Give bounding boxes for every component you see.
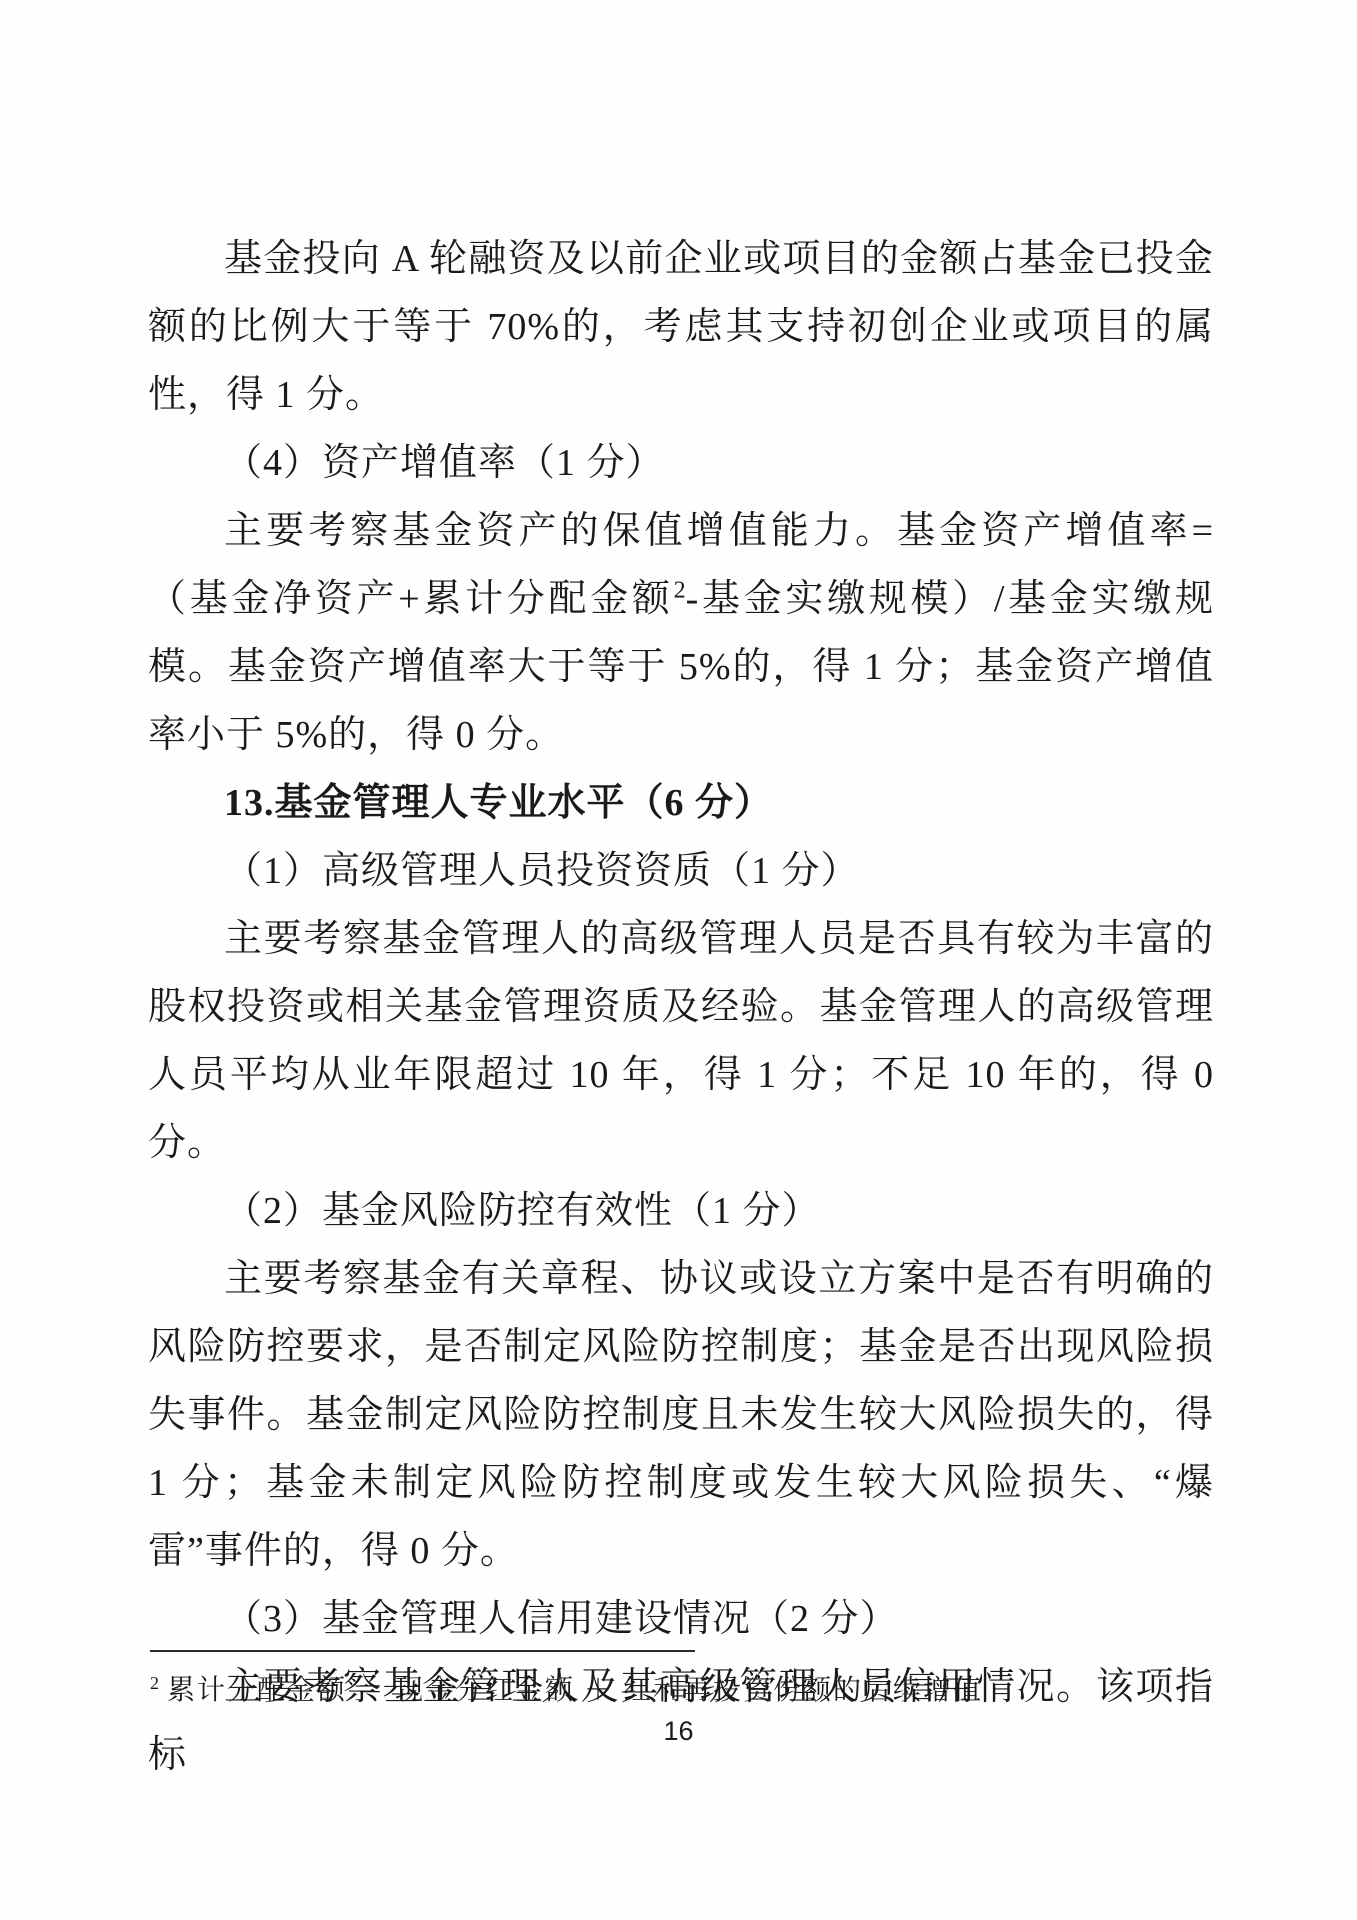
heading-senior-management-qualification: （1）高级管理人员投资资质（1 分） [148, 837, 1214, 905]
document-body: 基金投向 A 轮融资及以前企业或项目的金额占基金已投金额的比例大于等于 70%的… [148, 225, 1214, 1789]
footnote: 2累计分配金额 ＝ 现金分红金额 ＋ 红利再投资份额的后续增值 [150, 1670, 1216, 1712]
document-page: 基金投向 A 轮融资及以前企业或项目的金额占基金已投金额的比例大于等于 70%的… [0, 0, 1357, 1920]
heading-credit-building: （3）基金管理人信用建设情况（2 分） [148, 1585, 1214, 1653]
para-risk-control: 主要考察基金有关章程、协议或设立方案中是否有明确的风险防控要求，是否制定风险防控… [148, 1245, 1214, 1585]
page-number: 16 [0, 1716, 1357, 1747]
footnote-separator-line [150, 1650, 695, 1652]
heading-asset-growth-rate: （4）资产增值率（1 分） [148, 429, 1214, 497]
para-asset-growth: 主要考察基金资产的保值增值能力。基金资产增值率=（基金净资产+累计分配金额2-基… [148, 497, 1214, 769]
footnote-reference-2: 2 [674, 577, 686, 603]
footnote-marker: 2 [150, 1673, 159, 1693]
para-intro: 基金投向 A 轮融资及以前企业或项目的金额占基金已投金额的比例大于等于 70%的… [148, 225, 1214, 429]
para-senior-management-qualification: 主要考察基金管理人的高级管理人员是否具有较为丰富的股权投资或相关基金管理资质及经… [148, 905, 1214, 1177]
heading-risk-control-effectiveness: （2）基金风险防控有效性（1 分） [148, 1177, 1214, 1245]
heading-manager-professional-level: 13.基金管理人专业水平（6 分） [148, 769, 1214, 837]
footnote-text: 累计分配金额 ＝ 现金分红金额 ＋ 红利再投资份额的后续增值 [167, 1675, 983, 1706]
